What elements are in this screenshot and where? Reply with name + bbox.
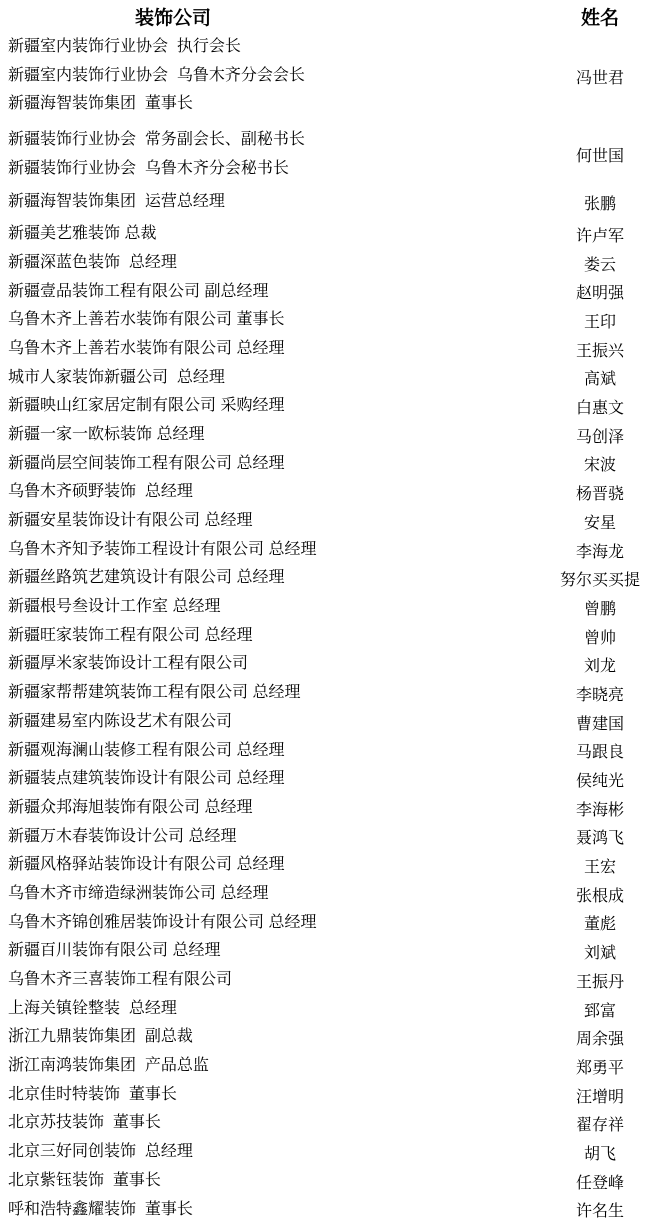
person-name-text: 张鹏 — [538, 188, 662, 217]
company-title-text: 新疆映山红家居定制有限公司 采购经理 — [0, 392, 538, 421]
company-title-text: 乌鲁木齐三喜装饰工程有限公司 — [0, 966, 538, 995]
table-row: 新疆万木春装饰设计公司 总经理 聂鸿飞 — [0, 823, 662, 852]
table-row: 浙江九鼎装饰集团 副总裁 周余强 — [0, 1023, 662, 1052]
table-row: 新疆海智装饰集团 运营总经理 张鹏 — [0, 188, 662, 217]
company-title-text: 呼和浩特鑫耀装饰 董事长 — [0, 1196, 538, 1224]
company-cell: 新疆壹品装饰工程有限公司 副总经理 — [0, 278, 538, 307]
person-name-text: 王宏 — [538, 851, 662, 880]
company-title-text: 新疆厚米家装饰设计工程有限公司 — [0, 650, 538, 679]
company-cell: 新疆安星装饰设计有限公司 总经理 — [0, 507, 538, 536]
company-cell: 新疆观海澜山装修工程有限公司 总经理 — [0, 737, 538, 766]
company-title-text: 新疆壹品装饰工程有限公司 副总经理 — [0, 278, 538, 307]
company-title-text: 新疆众邦海旭装饰有限公司 总经理 — [0, 794, 538, 823]
person-name-text: 刘斌 — [538, 937, 662, 966]
company-cell: 乌鲁木齐上善若水装饰有限公司 董事长 — [0, 306, 538, 335]
person-name-text: 李海龙 — [538, 536, 662, 565]
person-name-text: 高斌 — [538, 364, 662, 393]
company-title-text: 乌鲁木齐知予装饰工程设计有限公司 总经理 — [0, 536, 538, 565]
company-title-text: 浙江九鼎装饰集团 副总裁 — [0, 1023, 538, 1052]
person-name-text: 曹建国 — [538, 708, 662, 737]
company-title-text: 新疆建易室内陈设艺术有限公司 — [0, 708, 538, 737]
table-row: 城市人家装饰新疆公司 总经理 高斌 — [0, 364, 662, 393]
company-title-text: 新疆万木春装饰设计公司 总经理 — [0, 823, 538, 852]
company-cell: 新疆家帮帮建筑装饰工程有限公司 总经理 — [0, 679, 538, 708]
company-cell: 北京三好同创装饰 总经理 — [0, 1138, 538, 1167]
table-row: 乌鲁木齐三喜装饰工程有限公司 王振丹 — [0, 966, 662, 995]
table-row: 北京三好同创装饰 总经理 胡飞 — [0, 1138, 662, 1167]
company-cell: 新疆装饰行业协会 常务副会长、副秘书长新疆装饰行业协会 乌鲁木齐分会秘书长 — [0, 126, 538, 183]
company-cell: 北京苏技装饰 董事长 — [0, 1109, 538, 1138]
company-cell: 新疆旺家装饰工程有限公司 总经理 — [0, 622, 538, 651]
company-title-text: 新疆丝路筑艺建筑设计有限公司 总经理 — [0, 564, 538, 593]
company-title-text: 乌鲁木齐市缔造绿洲装饰公司 总经理 — [0, 880, 538, 909]
table-row: 新疆根号叁设计工作室 总经理 曾鹏 — [0, 593, 662, 622]
person-name-text: 聂鸿飞 — [538, 823, 662, 852]
company-cell: 新疆万木春装饰设计公司 总经理 — [0, 823, 538, 852]
table-row: 新疆尚层空间装饰工程有限公司 总经理 宋波 — [0, 450, 662, 479]
table-row: 新疆深蓝色装饰 总经理 娄云 — [0, 249, 662, 278]
table-row: 新疆美艺雅装饰 总裁 许卢军 — [0, 220, 662, 249]
person-name-text: 胡飞 — [538, 1138, 662, 1167]
company-cell: 新疆建易室内陈设艺术有限公司 — [0, 708, 538, 737]
table-row: 新疆旺家装饰工程有限公司 总经理 曾帅 — [0, 622, 662, 651]
company-cell: 新疆映山红家居定制有限公司 采购经理 — [0, 392, 538, 421]
person-name-text: 马跟良 — [538, 737, 662, 766]
company-title-text: 新疆海智装饰集团 运营总经理 — [0, 188, 538, 217]
table-row: 新疆百川装饰有限公司 总经理 刘斌 — [0, 937, 662, 966]
company-title-text: 乌鲁木齐上善若水装饰有限公司 总经理 — [0, 335, 538, 364]
company-cell: 新疆厚米家装饰设计工程有限公司 — [0, 650, 538, 679]
table-row: 新疆安星装饰设计有限公司 总经理 安星 — [0, 507, 662, 536]
person-name-text: 王振兴 — [538, 335, 662, 364]
table-row: 新疆室内装饰行业协会 执行会长新疆室内装饰行业协会 乌鲁木齐分会会长新疆海智装饰… — [0, 33, 662, 119]
person-name-text: 汪增明 — [538, 1081, 662, 1110]
person-name-text: 任登峰 — [538, 1167, 662, 1196]
table-row: 新疆映山红家居定制有限公司 采购经理 白惠文 — [0, 392, 662, 421]
company-cell: 北京紫钰装饰 董事长 — [0, 1167, 538, 1196]
company-cell: 北京佳时特装饰 董事长 — [0, 1081, 538, 1110]
table-row: 乌鲁木齐上善若水装饰有限公司 董事长 王印 — [0, 306, 662, 335]
person-name-text: 马创泽 — [538, 421, 662, 450]
person-name-text: 冯世君 — [538, 33, 662, 119]
person-name-text: 安星 — [538, 507, 662, 536]
company-title-text: 新疆装饰行业协会 常务副会长、副秘书长 — [0, 126, 538, 155]
person-name-text: 娄云 — [538, 249, 662, 278]
company-title-text: 新疆根号叁设计工作室 总经理 — [0, 593, 538, 622]
person-name-text: 侯纯光 — [538, 765, 662, 794]
company-title-text: 新疆装饰行业协会 乌鲁木齐分会秘书长 — [0, 155, 538, 184]
company-cell: 乌鲁木齐硕野装饰 总经理 — [0, 478, 538, 507]
table-row: 北京苏技装饰 董事长 翟存祥 — [0, 1109, 662, 1138]
table-row: 新疆观海澜山装修工程有限公司 总经理 马跟良 — [0, 737, 662, 766]
company-title-text: 新疆室内装饰行业协会 乌鲁木齐分会会长 — [0, 62, 538, 91]
company-cell: 新疆丝路筑艺建筑设计有限公司 总经理 — [0, 564, 538, 593]
company-title-text: 新疆旺家装饰工程有限公司 总经理 — [0, 622, 538, 651]
company-cell: 上海关镇铨整装 总经理 — [0, 995, 538, 1024]
person-name-text: 翟存祥 — [538, 1109, 662, 1138]
company-title-text: 浙江南鸿装饰集团 产品总监 — [0, 1052, 538, 1081]
company-title-text: 新疆美艺雅装饰 总裁 — [0, 220, 538, 249]
person-name-text: 王振丹 — [538, 966, 662, 995]
company-cell: 新疆美艺雅装饰 总裁 — [0, 220, 538, 249]
company-title-text: 城市人家装饰新疆公司 总经理 — [0, 364, 538, 393]
table-row: 新疆建易室内陈设艺术有限公司 曹建国 — [0, 708, 662, 737]
company-cell: 新疆百川装饰有限公司 总经理 — [0, 937, 538, 966]
company-title-text: 新疆室内装饰行业协会 执行会长 — [0, 33, 538, 62]
table-row: 新疆一家一欧标装饰 总经理 马创泽 — [0, 421, 662, 450]
table-row: 北京佳时特装饰 董事长 汪增明 — [0, 1081, 662, 1110]
person-name-text: 张根成 — [538, 880, 662, 909]
company-cell: 新疆风格驿站装饰设计有限公司 总经理 — [0, 851, 538, 880]
table-row: 新疆众邦海旭装饰有限公司 总经理 李海彬 — [0, 794, 662, 823]
company-title-text: 新疆家帮帮建筑装饰工程有限公司 总经理 — [0, 679, 538, 708]
table-row: 乌鲁木齐锦创雅居装饰设计有限公司 总经理 董彪 — [0, 909, 662, 938]
person-name-text: 曾鹏 — [538, 593, 662, 622]
company-cell: 乌鲁木齐市缔造绿洲装饰公司 总经理 — [0, 880, 538, 909]
company-cell: 新疆一家一欧标装饰 总经理 — [0, 421, 538, 450]
company-cell: 新疆根号叁设计工作室 总经理 — [0, 593, 538, 622]
table-row: 乌鲁木齐上善若水装饰有限公司 总经理 王振兴 — [0, 335, 662, 364]
person-name-text: 王印 — [538, 306, 662, 335]
person-name-text: 努尔买买提 — [538, 564, 662, 593]
company-title-text: 新疆风格驿站装饰设计有限公司 总经理 — [0, 851, 538, 880]
company-title-text: 北京佳时特装饰 董事长 — [0, 1081, 538, 1110]
table-header-row: 装饰公司 姓名 — [0, 0, 662, 33]
company-cell: 乌鲁木齐知予装饰工程设计有限公司 总经理 — [0, 536, 538, 565]
company-cell: 新疆深蓝色装饰 总经理 — [0, 249, 538, 278]
person-name-text: 白惠文 — [538, 392, 662, 421]
company-title-text: 北京三好同创装饰 总经理 — [0, 1138, 538, 1167]
table-row: 新疆丝路筑艺建筑设计有限公司 总经理 努尔买买提 — [0, 564, 662, 593]
company-cell: 浙江九鼎装饰集团 副总裁 — [0, 1023, 538, 1052]
company-title-text: 新疆观海澜山装修工程有限公司 总经理 — [0, 737, 538, 766]
roster-table: 装饰公司 姓名 新疆室内装饰行业协会 执行会长新疆室内装饰行业协会 乌鲁木齐分会… — [0, 0, 662, 1224]
person-name-text: 郑勇平 — [538, 1052, 662, 1081]
company-title-text: 新疆安星装饰设计有限公司 总经理 — [0, 507, 538, 536]
person-name-text: 赵明强 — [538, 278, 662, 307]
table-row: 新疆风格驿站装饰设计有限公司 总经理 王宏 — [0, 851, 662, 880]
company-cell: 新疆众邦海旭装饰有限公司 总经理 — [0, 794, 538, 823]
company-title-text: 北京紫钰装饰 董事长 — [0, 1167, 538, 1196]
person-name-text: 许名生 — [538, 1196, 662, 1224]
table-row: 新疆厚米家装饰设计工程有限公司 刘龙 — [0, 650, 662, 679]
company-cell: 新疆尚层空间装饰工程有限公司 总经理 — [0, 450, 538, 479]
table-row: 乌鲁木齐知予装饰工程设计有限公司 总经理 李海龙 — [0, 536, 662, 565]
company-cell: 乌鲁木齐三喜装饰工程有限公司 — [0, 966, 538, 995]
person-name-text: 曾帅 — [538, 622, 662, 651]
company-cell: 乌鲁木齐锦创雅居装饰设计有限公司 总经理 — [0, 909, 538, 938]
company-title-text: 乌鲁木齐锦创雅居装饰设计有限公司 总经理 — [0, 909, 538, 938]
company-cell: 呼和浩特鑫耀装饰 董事长 — [0, 1196, 538, 1224]
company-cell: 城市人家装饰新疆公司 总经理 — [0, 364, 538, 393]
person-name-text: 宋波 — [538, 450, 662, 479]
person-name-text: 周余强 — [538, 1023, 662, 1052]
table-row: 乌鲁木齐市缔造绿洲装饰公司 总经理 张根成 — [0, 880, 662, 909]
company-title-text: 北京苏技装饰 董事长 — [0, 1109, 538, 1138]
person-name-text: 董彪 — [538, 909, 662, 938]
table-row: 上海关镇铨整装 总经理 郅富 — [0, 995, 662, 1024]
company-title-text: 新疆百川装饰有限公司 总经理 — [0, 937, 538, 966]
person-name-text: 许卢军 — [538, 220, 662, 249]
table-body: 新疆室内装饰行业协会 执行会长新疆室内装饰行业协会 乌鲁木齐分会会长新疆海智装饰… — [0, 33, 662, 1224]
person-name-text: 郅富 — [538, 995, 662, 1024]
table-row: 乌鲁木齐硕野装饰 总经理 杨晋骁 — [0, 478, 662, 507]
company-title-text: 上海关镇铨整装 总经理 — [0, 995, 538, 1024]
company-title-text: 新疆尚层空间装饰工程有限公司 总经理 — [0, 450, 538, 479]
person-name-text: 杨晋骁 — [538, 478, 662, 507]
table-row: 呼和浩特鑫耀装饰 董事长 许名生 — [0, 1196, 662, 1224]
company-cell: 新疆装点建筑装饰设计有限公司 总经理 — [0, 765, 538, 794]
company-cell: 新疆海智装饰集团 运营总经理 — [0, 188, 538, 217]
company-title-text: 新疆深蓝色装饰 总经理 — [0, 249, 538, 278]
company-cell: 浙江南鸿装饰集团 产品总监 — [0, 1052, 538, 1081]
company-title-text: 新疆海智装饰集团 董事长 — [0, 90, 538, 119]
table-row: 新疆装点建筑装饰设计有限公司 总经理 侯纯光 — [0, 765, 662, 794]
company-cell: 乌鲁木齐上善若水装饰有限公司 总经理 — [0, 335, 538, 364]
table-row: 新疆家帮帮建筑装饰工程有限公司 总经理 李晓亮 — [0, 679, 662, 708]
column-header-name: 姓名 — [538, 3, 662, 30]
person-name-text: 刘龙 — [538, 650, 662, 679]
company-title-text: 新疆装点建筑装饰设计有限公司 总经理 — [0, 765, 538, 794]
person-name-text: 李海彬 — [538, 794, 662, 823]
company-title-text: 新疆一家一欧标装饰 总经理 — [0, 421, 538, 450]
person-name-text: 李晓亮 — [538, 679, 662, 708]
table-row: 新疆壹品装饰工程有限公司 副总经理 赵明强 — [0, 278, 662, 307]
table-row: 新疆装饰行业协会 常务副会长、副秘书长新疆装饰行业协会 乌鲁木齐分会秘书长 何世… — [0, 126, 662, 183]
company-title-text: 乌鲁木齐上善若水装饰有限公司 董事长 — [0, 306, 538, 335]
column-header-company: 装饰公司 — [0, 3, 346, 30]
table-row: 浙江南鸿装饰集团 产品总监 郑勇平 — [0, 1052, 662, 1081]
company-title-text: 乌鲁木齐硕野装饰 总经理 — [0, 478, 538, 507]
person-name-text: 何世国 — [538, 126, 662, 183]
company-cell: 新疆室内装饰行业协会 执行会长新疆室内装饰行业协会 乌鲁木齐分会会长新疆海智装饰… — [0, 33, 538, 119]
table-row: 北京紫钰装饰 董事长 任登峰 — [0, 1167, 662, 1196]
